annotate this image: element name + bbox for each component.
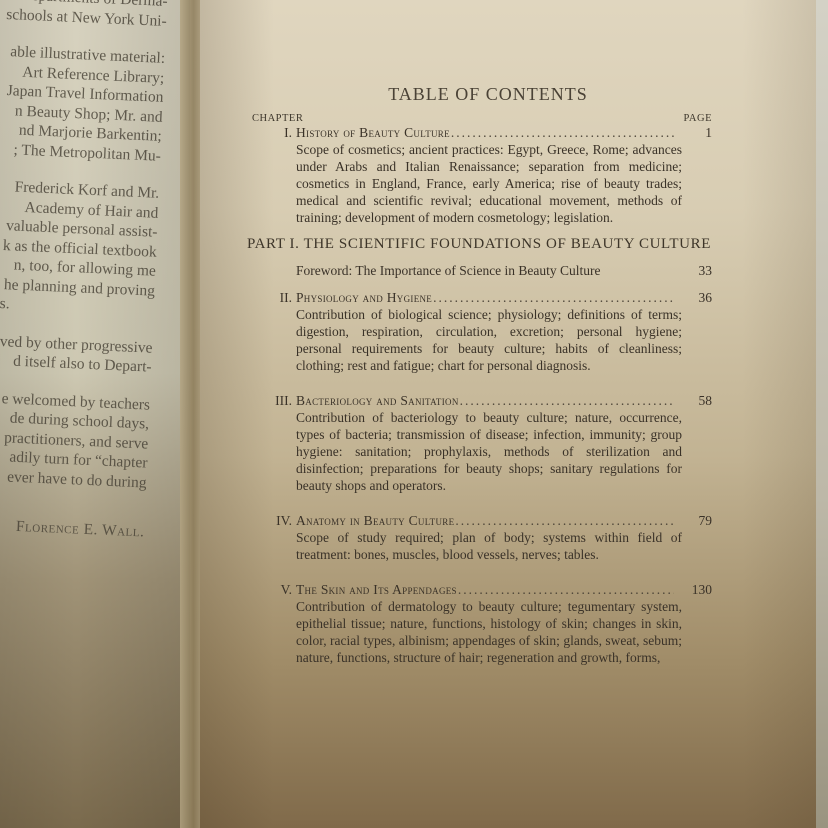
- chapter-description: Scope of cosmetics; ancient practices: E…: [296, 141, 682, 226]
- chapter-title: History of Beauty Culture: [296, 124, 450, 141]
- chapter-number: III.: [246, 392, 296, 409]
- chapter-title: Bacteriology and Sanitation: [296, 392, 459, 409]
- dot-leader: ........................................…: [458, 581, 674, 598]
- left-line: ved by other progressive: [0, 320, 153, 358]
- page-edge: [816, 0, 828, 828]
- left-line: Departments of Derma-: [0, 0, 168, 11]
- chapter-page: 36: [680, 289, 712, 306]
- dot-leader: ........................................…: [451, 124, 674, 141]
- foreword-title: Foreword: The Importance of Science in B…: [296, 263, 686, 279]
- left-line: ever have to do during: [0, 455, 147, 493]
- chapter-description: Scope of study required; plan of body; s…: [296, 529, 682, 563]
- dot-leader: ........................................…: [460, 392, 674, 409]
- toc-entry-chapter-3[interactable]: III. Bacteriology and Sanitation .......…: [246, 392, 712, 494]
- toc-title: TABLE OF CONTENTS: [264, 84, 712, 105]
- chapter-page: 58: [680, 392, 712, 409]
- left-line: ons.: [0, 282, 155, 320]
- part-heading: PART I. THE SCIENTIFIC FOUNDATIONS OF BE…: [246, 236, 712, 253]
- left-line: d itself also to Depart-: [0, 339, 152, 377]
- chapter-title: The Skin and Its Appendages: [296, 581, 457, 598]
- dot-leader: ........................................…: [433, 289, 674, 306]
- chapter-number: V.: [246, 581, 296, 598]
- toc-entry-chapter-5[interactable]: V. The Skin and Its Appendages .........…: [246, 581, 712, 666]
- table-of-contents: TABLE OF CONTENTS CHAPTER PAGE I. Histor…: [246, 84, 712, 666]
- toc-entry-chapter-2[interactable]: II. Physiology and Hygiene .............…: [246, 289, 712, 374]
- toc-entry-chapter-1[interactable]: I. History of Beauty Culture ...........…: [246, 124, 712, 226]
- left-line: Academy of Hair and: [0, 185, 159, 223]
- left-line: Japan Travel Information: [0, 70, 164, 108]
- left-line: able illustrative material:: [0, 31, 166, 69]
- chapter-number: II.: [246, 289, 296, 306]
- chapter-number: IV.: [246, 512, 296, 529]
- left-line: n Beauty Shop; Mr. and: [0, 89, 163, 127]
- toc-entry-foreword[interactable]: Foreword: The Importance of Science in B…: [296, 263, 712, 279]
- left-line: n, too, for allowing me: [0, 243, 156, 281]
- left-line: Art Reference Library;: [0, 50, 165, 88]
- chapter-page: 1: [680, 124, 712, 141]
- left-line: e welcomed by teachers: [0, 377, 150, 415]
- left-page-text: Departments of Derma- schools at New Yor…: [0, 0, 168, 542]
- left-line: schools at New York Uni-: [0, 0, 167, 31]
- chapter-page: 130: [680, 581, 712, 598]
- column-headers: CHAPTER PAGE: [252, 113, 712, 124]
- left-line: ; The Metropolitan Mu-: [0, 128, 161, 166]
- chapter-title: Anatomy in Beauty Culture: [296, 512, 454, 529]
- left-line: practitioners, and serve: [0, 416, 149, 454]
- toc-entry-chapter-4[interactable]: IV. Anatomy in Beauty Culture ..........…: [246, 512, 712, 563]
- left-page: Departments of Derma- schools at New Yor…: [0, 0, 190, 828]
- left-line: adily turn for “chapter: [0, 435, 148, 473]
- dot-leader: ........................................…: [455, 512, 674, 529]
- left-line: Frederick Korf and Mr.: [0, 165, 160, 203]
- chapter-description: Contribution of bacteriology to beauty c…: [296, 409, 682, 494]
- foreword-page: 33: [686, 263, 712, 279]
- left-line: nd Marjorie Barkentin;: [0, 109, 162, 147]
- chapter-number: I.: [246, 124, 296, 141]
- left-line: valuable personal assist-: [0, 204, 158, 242]
- chapter-description: Contribution of dermatology to beauty cu…: [296, 598, 682, 666]
- page-column-header: PAGE: [684, 113, 712, 124]
- chapter-column-header: CHAPTER: [252, 113, 303, 124]
- chapter-page: 79: [680, 512, 712, 529]
- author-signature: Florence E. Wall.: [0, 504, 145, 542]
- chapter-description: Contribution of biological science; phys…: [296, 306, 682, 374]
- left-line: de during school days,: [0, 396, 150, 434]
- chapter-title: Physiology and Hygiene: [296, 289, 432, 306]
- left-line: he planning and proving: [0, 263, 155, 301]
- left-line: k as the official textbook: [0, 224, 157, 262]
